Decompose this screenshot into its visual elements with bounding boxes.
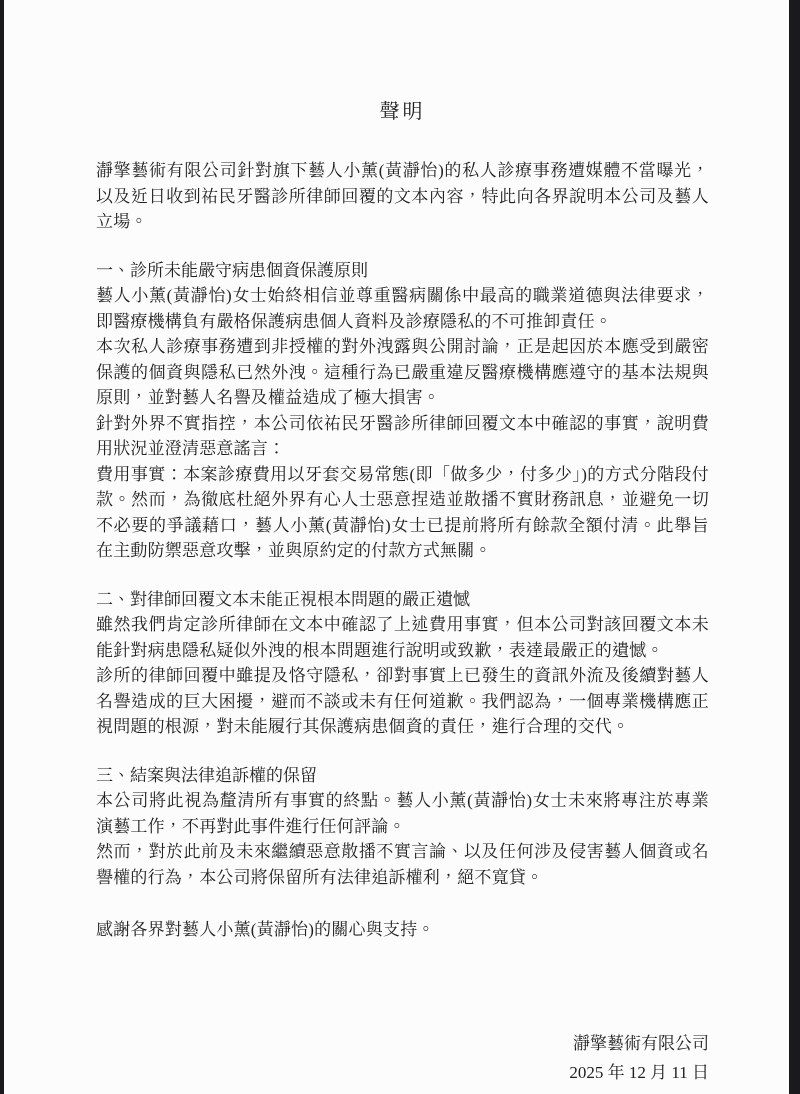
intro-paragraph: 瀞擎藝術有限公司針對旗下藝人小薰(黃瀞怡)的私人診療事務遭媒體不當曝光，以及近日… xyxy=(96,158,709,235)
screenshot-frame: 聲明 瀞擎藝術有限公司針對旗下藝人小薰(黃瀞怡)的私人診療事務遭媒體不當曝光，以… xyxy=(0,0,800,1094)
section-lawyer-reply-regret: 二、對律師回覆文本未能正視根本問題的嚴正遺憾 雖然我們肯定診所律師在文本中確認了… xyxy=(96,587,709,740)
section-3-heading: 三、結案與法律追訴權的保留 xyxy=(96,763,709,789)
signature-date: 2025 年 12 月 11 日 xyxy=(96,1058,709,1087)
section-legal-rights: 三、結案與法律追訴權的保留 本公司將此視為釐清所有事實的終點。藝人小薰(黃瀞怡)… xyxy=(96,763,709,891)
statement-document-page: 聲明 瀞擎藝術有限公司針對旗下藝人小薰(黃瀞怡)的私人診療事務遭媒體不當曝光，以… xyxy=(4,0,789,1094)
section-clinic-privacy: 一、診所未能嚴守病患個資保護原則 藝人小薰(黃瀞怡)女士始終相信並尊重醫病關係中… xyxy=(96,258,709,564)
signature-block: 瀞擎藝術有限公司 2025 年 12 月 11 日 xyxy=(96,1029,709,1087)
section-1-paragraph: 費用事實：本案診療費用以牙套交易常態(即「做多少，付多少」)的方式分階段付款。然… xyxy=(96,462,709,564)
section-1-paragraph: 本次私人診療事務遭到非授權的對外洩露與公開討論，正是起因於本應受到嚴密保護的個資… xyxy=(96,334,709,411)
right-edge-bar xyxy=(789,0,800,1094)
section-2-paragraph: 診所的律師回覆中雖提及恪守隱私，卻對事實上已發生的資訊外流及後續對藝人名譽造成的… xyxy=(96,663,709,740)
section-2-heading: 二、對律師回覆文本未能正視根本問題的嚴正遺憾 xyxy=(96,587,709,613)
section-3-paragraph: 本公司將此視為釐清所有事實的終點。藝人小薰(黃瀞怡)女士未來將專注於專業演藝工作… xyxy=(96,788,709,839)
document-title: 聲明 xyxy=(96,98,709,126)
section-1-paragraph: 藝人小薰(黃瀞怡)女士始終相信並尊重醫病關係中最高的職業道德與法律要求，即醫療機… xyxy=(96,283,709,334)
section-1-paragraph: 針對外界不實指控，本公司依祐民牙醫診所律師回覆文本中確認的事實，說明費用狀況並澄… xyxy=(96,411,709,462)
section-2-paragraph: 雖然我們肯定診所律師在文本中確認了上述費用事實，但本公司對該回覆文本未能針對病患… xyxy=(96,612,709,663)
signature-company-name: 瀞擎藝術有限公司 xyxy=(96,1029,709,1058)
closing-thanks-line: 感謝各界對藝人小薰(黃瀞怡)的關心與支持。 xyxy=(96,917,709,943)
section-3-paragraph: 然而，對於此前及未來繼續惡意散播不實言論、以及任何涉及侵害藝人個資或名譽權的行為… xyxy=(96,839,709,890)
section-1-heading: 一、診所未能嚴守病患個資保護原則 xyxy=(96,258,709,284)
